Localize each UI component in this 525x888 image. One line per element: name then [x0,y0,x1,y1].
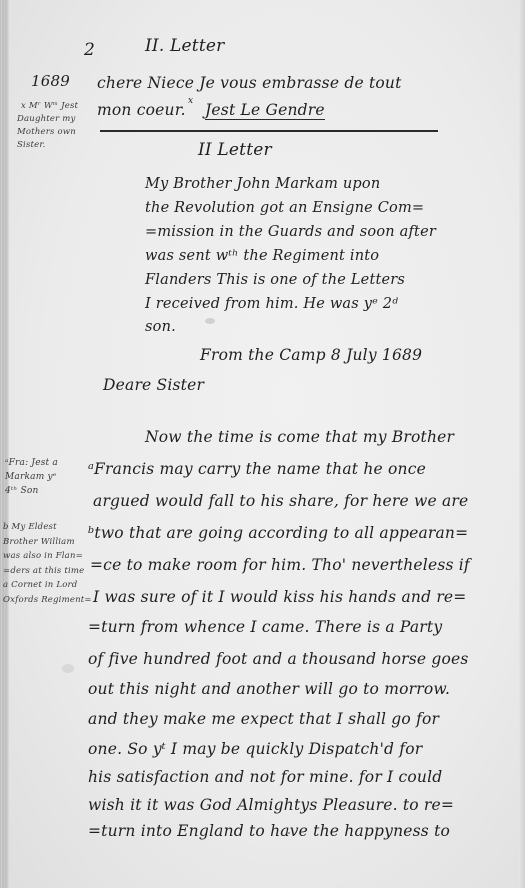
margin-note-line: Daughter my [17,113,76,126]
body-line: =turn from whence I came. There is a Par… [88,618,442,636]
margin-note-line: a Cornet in Lord [3,578,92,593]
intro-line: was sent wᵗʰ the Regiment into [145,248,379,264]
body-line: of five hundred foot and a thousand hors… [88,650,469,668]
ink-smudge [205,318,215,324]
margin-note-line: Sister. [17,139,76,152]
margin-note-line: Markam yᵉ [5,470,58,484]
paper-stain [62,664,74,673]
margin-note-line: Oxfords Regiment= [3,593,92,608]
salutation: Deare Sister [103,376,204,394]
body-line: argued would fall to his share, for here… [93,492,468,510]
body-line: I was sure of it I would kiss his hands … [93,588,467,606]
section-divider-rule [100,130,438,132]
margin-note-line: was also in Flan= [3,549,92,564]
page-right-edge [519,0,525,888]
letter-heading: II Letter [198,140,272,160]
intro-line: the Revolution got an Ensigne Com= [145,200,424,216]
body-line: ᵃFrancis may carry the name that he once [88,460,426,478]
intro-line: Flanders This is one of the Letters [145,272,405,288]
body-line: =ce to make room for him. Tho' neverthel… [90,556,470,574]
header-margin-note: x Mʳ Wᵐ Jest Daughter my Mothers own Sis… [17,100,76,152]
intro-line: =mission in the Guards and soon after [145,224,436,240]
running-title: II. Letter [145,36,224,56]
margin-note-line: Brother William [3,535,92,550]
body-line: out this night and another will go to mo… [88,680,450,698]
intro-line: My Brother John Markam upon [145,176,380,192]
body-line: =turn into England to have the happyness… [88,822,450,840]
margin-note-a: ᵃFra: Jest a Markam yᵉ 4ᵗʰ Son [5,456,58,498]
margin-note-b: b My Eldest Brother William was also in … [3,520,92,607]
body-line: ᵇtwo that are going according to all app… [88,524,468,542]
body-line: Now the time is come that my Brother [145,428,454,446]
margin-note-line: 4ᵗʰ Son [5,484,58,498]
paper-speck [288,832,290,834]
margin-note-line: ᵃFra: Jest a [5,456,58,470]
body-line: wish it it was God Almightys Pleasure. t… [88,796,454,814]
body-line: one. So yᵗ I may be quickly Dispatch'd f… [88,740,422,758]
dateline: From the Camp 8 July 1689 [200,346,422,364]
margin-year: 1689 [31,72,70,90]
margin-note-line: x Mʳ Wᵐ Jest [21,100,80,113]
signature: Jest Le Gendre [205,101,325,120]
body-line: and they make me expect that I shall go … [88,710,439,728]
margin-note-line: b My Eldest [3,520,92,535]
margin-note-line: =ders at this time [3,564,92,579]
intro-line: son. [145,319,176,335]
page-number: 2 [84,40,95,60]
manuscript-page: 2 II. Letter 1689 chere Niece Je vous em… [0,0,525,888]
french-closing-line-1: chere Niece Je vous embrasse de tout [97,74,402,92]
intro-line: I received from him. He was yᵉ 2ᵈ [145,296,398,312]
margin-note-line: Mothers own [17,126,76,139]
signature-mark: x [188,96,193,106]
page-binding-edge [0,0,9,888]
body-line: his satisfaction and not for mine. for I… [88,768,442,786]
french-closing-line-2: mon coeur. [97,101,186,119]
